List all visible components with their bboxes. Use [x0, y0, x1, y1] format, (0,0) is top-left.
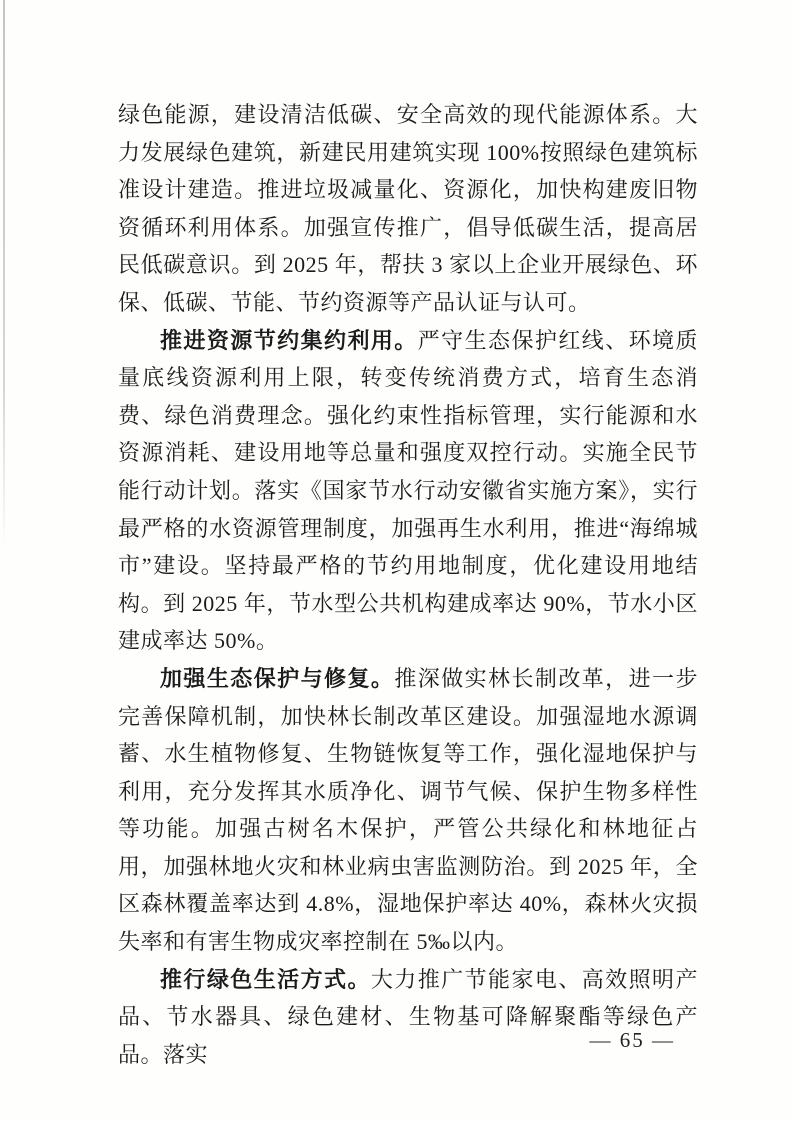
body-paragraph: 绿色能源，建设清洁低碳、安全高效的现代能源体系。大力发展绿色建筑，新建民用建筑实… — [118, 96, 698, 322]
body-paragraph: 加强生态保护与修复。推深做实林长制改革，进一步完善保障机制，加快林长制改革区建设… — [118, 660, 698, 961]
paragraph-lead: 推行绿色生活方式。 — [160, 967, 371, 992]
body-text-block: 绿色能源，建设清洁低碳、安全高效的现代能源体系。大力发展绿色建筑，新建民用建筑实… — [118, 96, 698, 1073]
paragraph-lead: 加强生态保护与修复。 — [160, 666, 394, 691]
paragraph-lead: 推进资源节约集约利用。 — [160, 328, 418, 353]
paragraph-text: 严守生态保护红线、环境质量底线资源利用上限，转变传统消费方式，培育生态消费、绿色… — [118, 328, 698, 654]
paragraph-text: 推深做实林长制改革，进一步完善保障机制，加快林长制改革区建设。加强湿地水源调蓄、… — [118, 666, 698, 954]
body-paragraph: 推进资源节约集约利用。严守生态保护红线、环境质量底线资源利用上限，转变传统消费方… — [118, 322, 698, 660]
page-number: — 65 — — [590, 1028, 676, 1053]
scan-edge-artifact — [3, 0, 5, 552]
document-page: 绿色能源，建设清洁低碳、安全高效的现代能源体系。大力发展绿色建筑，新建民用建筑实… — [0, 0, 793, 1121]
paragraph-text: 绿色能源，建设清洁低碳、安全高效的现代能源体系。大力发展绿色建筑，新建民用建筑实… — [118, 102, 698, 315]
body-paragraph: 推行绿色生活方式。大力推广节能家电、高效照明产品、节水器具、绿色建材、生物基可降… — [118, 961, 698, 1074]
